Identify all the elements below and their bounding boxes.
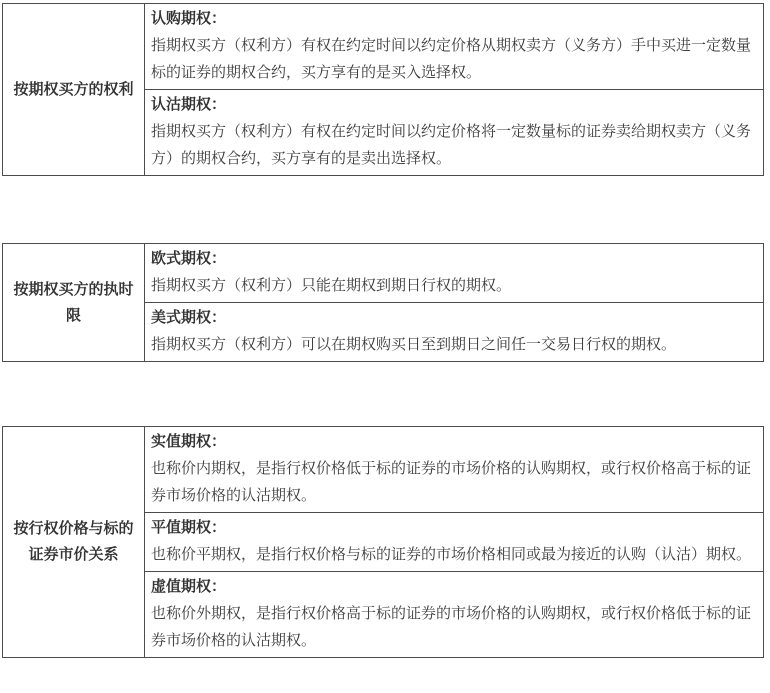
category-cell: 按行权价格与标的证券市价关系 — [3, 427, 145, 657]
options-by-rights-table: 按期权买方的权利 认购期权： 指期权买方（权利方）有权在约定时间以约定价格从期权… — [2, 3, 764, 176]
term-label: 认沽期权： — [151, 91, 755, 118]
term-label: 实值期权： — [151, 428, 755, 455]
table-row: 平值期权： 也称价平期权，是指行权价格与标的证券的市场价格相同或最为接近的认购（… — [145, 513, 763, 572]
definition-text: 指期权买方（权利方）只能在期权到期日行权的期权。 — [151, 272, 755, 299]
definitions-column: 认购期权： 指期权买方（权利方）有权在约定时间以约定价格从期权卖方（义务方）手中… — [145, 4, 763, 175]
options-by-exercise-time-table: 按期权买方的执时限 欧式期权： 指期权买方（权利方）只能在期权到期日行权的期权。… — [2, 243, 764, 362]
table-row: 实值期权： 也称价内期权，是指行权价格低于标的证券的市场价格的认购期权，或行权价… — [145, 427, 763, 513]
term-label: 认购期权： — [151, 5, 755, 32]
definition-text: 也称价外期权，是指行权价格高于标的证券的市场价格的认购期权，或行权价格低于标的证… — [151, 600, 755, 654]
definition-text: 也称价平期权，是指行权价格与标的证券的市场价格相同或最为接近的认购（认沽）期权。 — [151, 541, 755, 568]
table-row: 美式期权： 指期权买方（权利方）可以在期权购买日至到期日之间任一交易日行权的期权… — [145, 303, 763, 361]
table-row: 虚值期权： 也称价外期权，是指行权价格高于标的证券的市场价格的认购期权，或行权价… — [145, 572, 763, 657]
table-row: 欧式期权： 指期权买方（权利方）只能在期权到期日行权的期权。 — [145, 244, 763, 303]
definition-text: 也称价内期权，是指行权价格低于标的证券的市场价格的认购期权，或行权价格高于标的证… — [151, 455, 755, 509]
definitions-column: 实值期权： 也称价内期权，是指行权价格低于标的证券的市场价格的认购期权，或行权价… — [145, 427, 763, 657]
definitions-column: 欧式期权： 指期权买方（权利方）只能在期权到期日行权的期权。 美式期权： 指期权… — [145, 244, 763, 361]
definition-text: 指期权买方（权利方）有权在约定时间以约定价格从期权卖方（义务方）手中买进一定数量… — [151, 32, 755, 86]
term-label: 欧式期权： — [151, 245, 755, 272]
term-label: 虚值期权： — [151, 573, 755, 600]
definition-text: 指期权买方（权利方）可以在期权购买日至到期日之间任一交易日行权的期权。 — [151, 331, 755, 358]
category-cell: 按期权买方的执时限 — [3, 244, 145, 361]
table-row: 认沽期权： 指期权买方（权利方）有权在约定时间以约定价格将一定数量标的证券卖给期… — [145, 90, 763, 175]
document-page: 按期权买方的权利 认购期权： 指期权买方（权利方）有权在约定时间以约定价格从期权… — [0, 0, 770, 693]
table-row: 认购期权： 指期权买方（权利方）有权在约定时间以约定价格从期权卖方（义务方）手中… — [145, 4, 763, 90]
term-label: 美式期权： — [151, 304, 755, 331]
term-label: 平值期权： — [151, 514, 755, 541]
category-label: 按行权价格与标的证券市价关系 — [7, 516, 140, 568]
definition-text: 指期权买方（权利方）有权在约定时间以约定价格将一定数量标的证券卖给期权卖方（义务… — [151, 118, 755, 172]
category-label: 按期权买方的执时限 — [7, 277, 140, 329]
options-by-moneyness-table: 按行权价格与标的证券市价关系 实值期权： 也称价内期权，是指行权价格低于标的证券… — [2, 426, 764, 658]
category-label: 按期权买方的权利 — [13, 77, 133, 103]
category-cell: 按期权买方的权利 — [3, 4, 145, 175]
